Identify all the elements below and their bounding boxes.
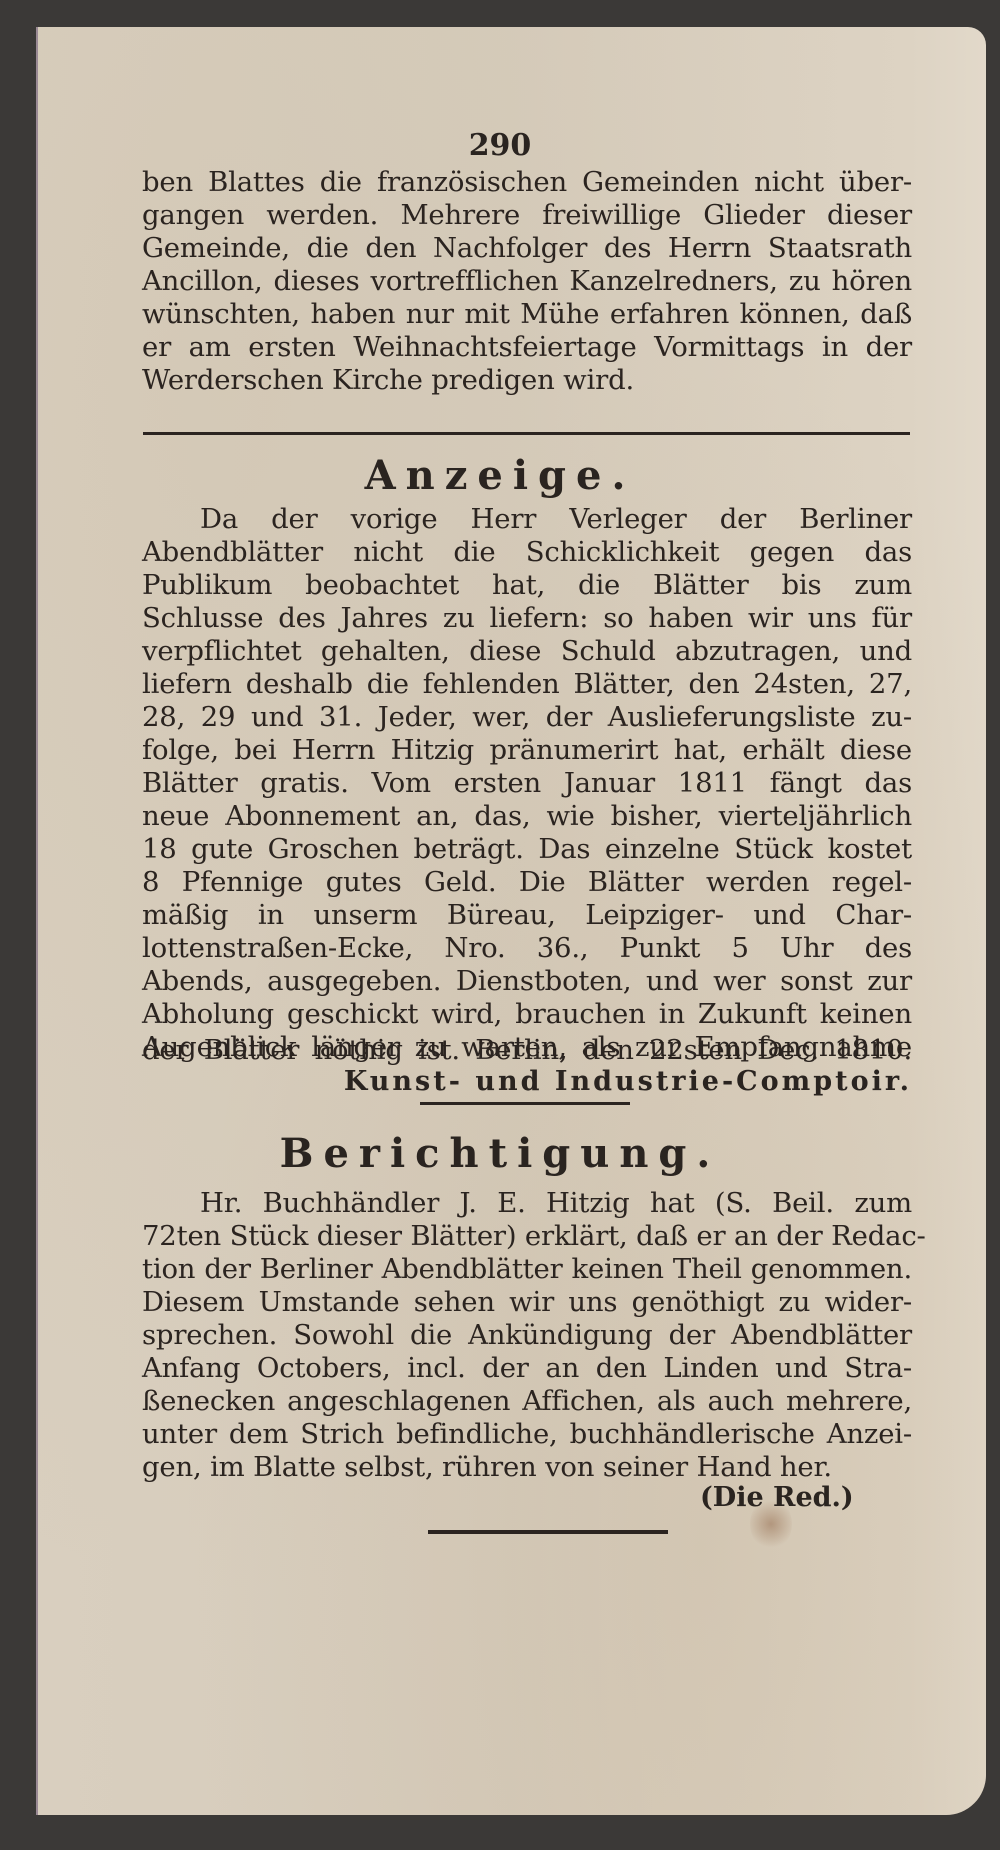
text-line: gangen werden. Mehrere freiwillige Glied… bbox=[142, 199, 912, 232]
text-line: gen, im Blatte selbst, rühren von seiner… bbox=[142, 1451, 912, 1484]
section-heading-anzeige: Anzeige. bbox=[0, 452, 1000, 499]
text-line: unter dem Strich befindliche, buchhändle… bbox=[142, 1418, 912, 1451]
page-number: 290 bbox=[0, 128, 1000, 163]
text-line: ßenecken angeschlagenen Affichen, als au… bbox=[142, 1385, 912, 1418]
text-line: mäßig in unserm Büreau, Leipziger- und C… bbox=[142, 899, 912, 932]
text-line: Schlusse des Jahres zu liefern: so haben… bbox=[142, 602, 912, 635]
section-divider bbox=[143, 432, 910, 435]
text-line: 18 gute Groschen beträgt. Das einzelne S… bbox=[142, 833, 912, 866]
text-line: folge, bei Herrn Hitzig pränumerirt hat,… bbox=[142, 734, 912, 767]
text-line: lottenstraßen-Ecke, Nro. 36., Punkt 5 Uh… bbox=[142, 932, 912, 965]
end-divider bbox=[428, 1530, 668, 1534]
text-line: Abholung geschickt wird, brauchen in Zuk… bbox=[142, 998, 912, 1031]
section-heading-berichtigung: Berichtigung. bbox=[0, 1130, 1000, 1177]
text-line: Da der vorige Herr Verleger der Berliner bbox=[200, 503, 912, 536]
text-line: 72ten Stück dieser Blätter) erklärt, daß… bbox=[142, 1220, 912, 1253]
text-line: Gemeinde, die den Nachfolger des Herrn S… bbox=[142, 232, 912, 265]
text-line: Werderschen Kirche predigen wird. bbox=[142, 364, 912, 397]
text-line: neue Abonnement an, das, wie bisher, vie… bbox=[142, 800, 912, 833]
text-line: sprechen. Sowohl die Ankündigung der Abe… bbox=[142, 1319, 912, 1352]
text-line: Diesem Umstande sehen wir uns genöthigt … bbox=[142, 1286, 912, 1319]
text-line: Ancillon, dieses vortrefflichen Kanzelre… bbox=[142, 265, 912, 298]
section-divider bbox=[420, 1102, 630, 1105]
text-line: Blätter gratis. Vom ersten Januar 1811 f… bbox=[142, 767, 912, 800]
text-line: Publikum beobachtet hat, die Blätter bis… bbox=[142, 569, 912, 602]
text-line: Abendblätter nicht die Schicklichkeit ge… bbox=[142, 536, 912, 569]
text-line: 28, 29 und 31. Jeder, wer, der Ausliefer… bbox=[142, 701, 912, 734]
text-line: tion der Berliner Abendblätter keinen Th… bbox=[142, 1253, 912, 1286]
text-line-date: der Blätter nöthig ist. Berlin, den 22st… bbox=[142, 1034, 912, 1067]
text-line: Anfang Octobers, incl. der an den Linden… bbox=[142, 1352, 912, 1385]
text-line: 8 Pfennige gutes Geld. Die Blätter werde… bbox=[142, 866, 912, 899]
text-line: ben Blattes die französischen Gemeinden … bbox=[142, 166, 912, 199]
signoff-die-red: (Die Red.) bbox=[700, 1482, 854, 1513]
signature-kunst-comptoir: Kunst- und Industrie-Comptoir. bbox=[264, 1066, 912, 1097]
text-line: er am ersten Weihnachtsfeiertage Vormitt… bbox=[142, 331, 912, 364]
text-line: verpflichtet gehalten, diese Schuld abzu… bbox=[142, 635, 912, 668]
text-line: wünschten, haben nur mit Mühe erfahren k… bbox=[142, 298, 912, 331]
text-line: Hr. Buchhändler J. E. Hitzig hat (S. Bei… bbox=[200, 1187, 912, 1220]
text-line: liefern deshalb die fehlenden Blätter, d… bbox=[142, 668, 912, 701]
text-line: Abends, ausgegeben. Dienstboten, und wer… bbox=[142, 965, 912, 998]
